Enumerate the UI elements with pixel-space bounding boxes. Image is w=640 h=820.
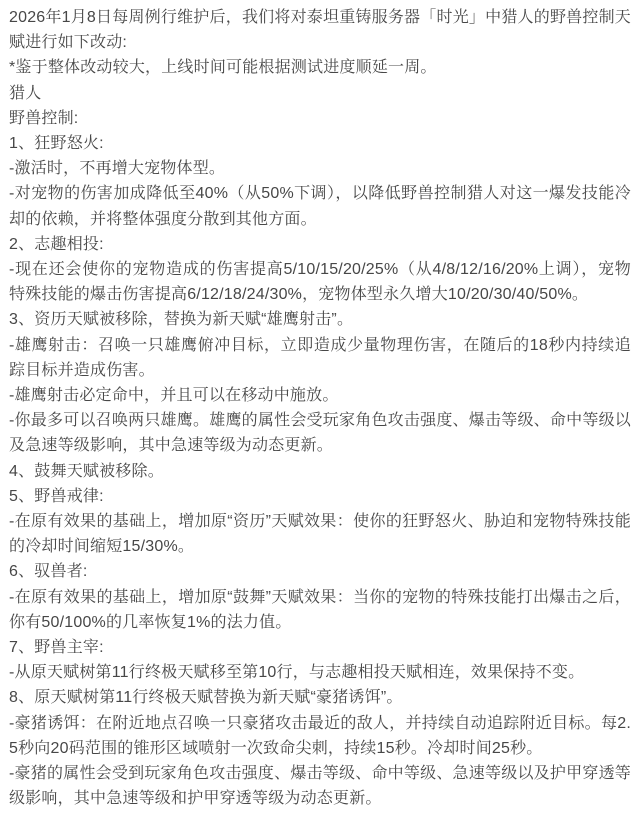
article-paragraph: -雄鹰射击必定命中，并且可以在移动中施放。: [9, 383, 631, 408]
article-paragraph: -激活时，不再增大宠物体型。: [9, 156, 631, 181]
article-paragraph-class-title: 猎人: [9, 81, 631, 106]
article-paragraph-item2-title: 2、志趣相投:: [9, 232, 631, 257]
article-body: 2026年1月8日每周例行维护后，我们将对泰坦重铸服务器「时光」中猎人的野兽控制…: [0, 0, 640, 820]
article-paragraph: -从原天赋树第11行终极天赋移至第10行，与志趣相投天赋相连，效果保持不变。: [9, 660, 631, 685]
article-paragraph-spec-title: 野兽控制:: [9, 106, 631, 131]
article-paragraph: -在原有效果的基础上，增加原“鼓舞”天赋效果：当你的宠物的特殊技能打出爆击之后，…: [9, 585, 631, 635]
article-paragraph: -现在还会使你的宠物造成的伤害提高5/10/15/20/25%（从4/8/12/…: [9, 257, 631, 307]
article-paragraph: -豪猪的属性会受到玩家角色攻击强度、爆击等级、命中等级、急速等级以及护甲穿透等级…: [9, 761, 631, 811]
article-paragraph-item4-title: 4、鼓舞天赋被移除。: [9, 459, 631, 484]
article-paragraph: -豪猪诱饵：在附近地点召唤一只豪猪攻击最近的敌人，并持续自动追踪附近目标。每2.…: [9, 711, 631, 761]
article-paragraph-item7-title: 7、野兽主宰:: [9, 635, 631, 660]
article-paragraph: -在原有效果的基础上，增加原“资历”天赋效果：使你的狂野怒火、胁迫和宠物特殊技能…: [9, 509, 631, 559]
article-paragraph: -你最多可以召唤两只雄鹰。雄鹰的属性会受玩家角色攻击强度、爆击等级、命中等级以及…: [9, 408, 631, 458]
article-paragraph-note: *鉴于整体改动较大，上线时间可能根据测试进度顺延一周。: [9, 55, 631, 80]
article-paragraph-item3-title: 3、资历天赋被移除，替换为新天赋“雄鹰射击”。: [9, 307, 631, 332]
article-paragraph-item8-title: 8、原天赋树第11行终极天赋替换为新天赋“豪猪诱饵”。: [9, 685, 631, 710]
article-paragraph: -对宠物的伤害加成降低至40%（从50%下调），以降低野兽控制猎人对这一爆发技能…: [9, 181, 631, 231]
article-paragraph-item1-title: 1、狂野怒火:: [9, 131, 631, 156]
article-paragraph-item6-title: 6、驭兽者:: [9, 559, 631, 584]
article-paragraph-intro: 2026年1月8日每周例行维护后，我们将对泰坦重铸服务器「时光」中猎人的野兽控制…: [9, 5, 631, 55]
article-paragraph-item5-title: 5、野兽戒律:: [9, 484, 631, 509]
article-paragraph: -雄鹰射击：召唤一只雄鹰俯冲目标，立即造成少量物理伤害，在随后的18秒内持续追踪…: [9, 333, 631, 383]
